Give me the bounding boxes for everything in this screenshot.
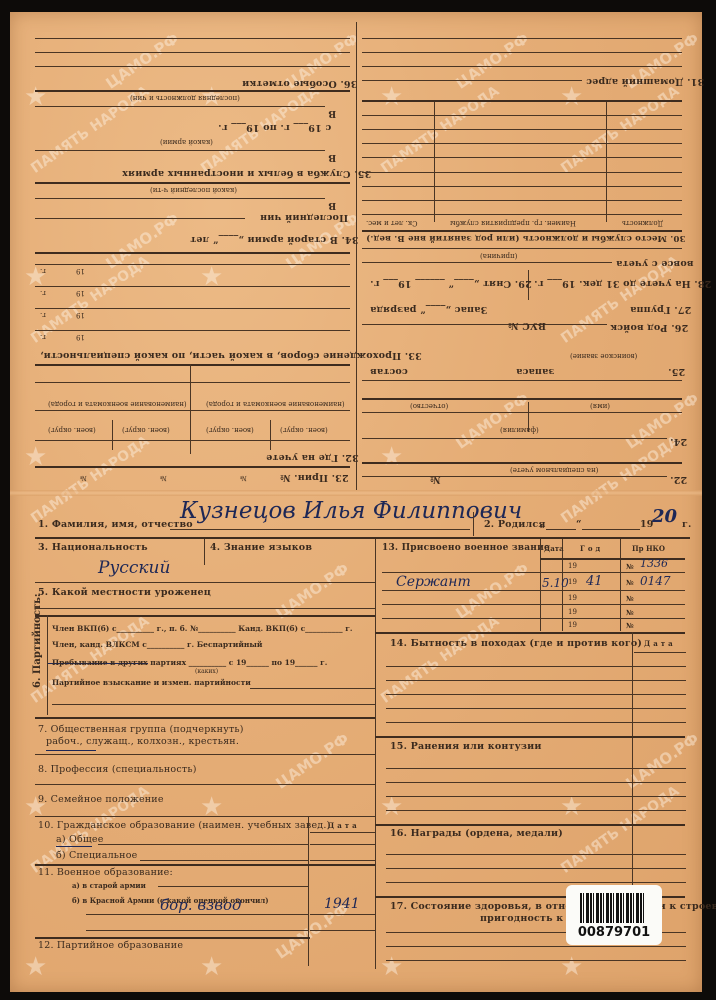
rule — [310, 914, 375, 915]
s12-label: 12. Партийное образование — [38, 940, 183, 951]
rule — [35, 537, 690, 539]
divider — [112, 420, 113, 450]
s6-line-3: Пребывание в других партиях __________ с… — [52, 658, 327, 667]
watermark-pamyat: ПАМЯТЬ НАРОДА — [378, 83, 502, 177]
s10-special: б) Специальное — [56, 850, 137, 861]
rule — [362, 380, 682, 381]
s36-label: 36. Особые отметки — [242, 78, 357, 89]
s2-suffix: г. — [682, 519, 692, 530]
rule — [35, 937, 310, 939]
s35-caption-army: (какой армии) — [160, 138, 213, 146]
s5-label: 5. Какой местности уроженец — [38, 587, 211, 598]
s3-label: 3. Национальность — [38, 542, 148, 553]
rule — [35, 182, 350, 184]
removed-caption: (причина) — [480, 252, 517, 260]
s23-number: № — [240, 474, 247, 482]
rule — [35, 38, 350, 39]
rule — [362, 129, 682, 130]
rule — [362, 214, 682, 215]
s13-order-prefix: № — [626, 562, 634, 571]
s9-label: 9. Семейное положение — [38, 794, 164, 805]
rule — [35, 615, 375, 617]
rule — [362, 248, 682, 249]
s31-label: 31. Домашний адрес — [586, 76, 704, 87]
rule — [386, 946, 686, 947]
rule — [386, 694, 686, 695]
s14-label: 14. Бытность в походах (где и против ког… — [390, 638, 642, 649]
rule — [386, 708, 686, 709]
rule — [386, 810, 686, 811]
rule — [362, 462, 682, 464]
rule — [386, 666, 686, 667]
rule — [35, 308, 350, 309]
s13-year-prefix: 19 — [568, 594, 577, 602]
rule — [35, 608, 375, 609]
rule — [52, 704, 375, 705]
rule — [382, 590, 685, 591]
s30-col-position: Должность — [622, 219, 663, 227]
s34-year-suffix: г. — [40, 311, 46, 319]
divider — [204, 539, 205, 565]
s6-line-1: Член ВКП(б) с__________ г., п. б. №_____… — [52, 624, 353, 633]
s7-label: 7. Общественная группа (подчеркнуть) — [38, 724, 244, 735]
rule — [382, 618, 685, 619]
rule — [362, 100, 682, 102]
s11-label: 11. Военное образование: — [38, 867, 173, 878]
rule — [35, 364, 350, 366]
s33-caption-b: (наименование военкомата и города) — [206, 400, 345, 408]
rule — [35, 252, 350, 254]
s28-label: 28. На учете до 31 дек. 19___ г. — [534, 278, 711, 289]
watermark-camo: ЦАМО.РФ — [273, 559, 353, 622]
s23-number: № — [160, 474, 167, 482]
rule — [634, 652, 686, 653]
rule — [362, 412, 682, 413]
rule — [386, 960, 686, 961]
rule — [170, 529, 470, 530]
handwritten-underline — [56, 846, 92, 847]
rule — [35, 440, 350, 441]
s13-label: 13. Присвоено военное звание — [382, 543, 550, 553]
rule — [250, 688, 375, 689]
s4-label: 4. Знание языков — [210, 542, 312, 553]
star-icon: ★ — [24, 82, 47, 112]
rule — [35, 66, 350, 67]
rule — [35, 466, 350, 468]
rule — [35, 410, 350, 411]
s34-year: 19 — [76, 311, 85, 319]
rule — [35, 717, 375, 719]
barcode-icon — [580, 893, 646, 923]
watermark-pamyat: ПАМЯТЬ НАРОДА — [28, 253, 152, 347]
s2-year-value: 20 — [652, 506, 677, 527]
s11-red-army-year: 1941 — [324, 896, 360, 912]
s6-line-2: Член, канд. ВЛКСМ с__________ г. Беспарт… — [52, 640, 262, 649]
divider — [434, 102, 435, 222]
rule — [35, 198, 325, 199]
s13-year-prefix: 19 — [568, 621, 577, 629]
rule — [35, 330, 350, 331]
s13-rank-value: Сержант — [396, 574, 471, 590]
s13-header-date: Дата — [544, 544, 564, 553]
rule — [386, 882, 686, 883]
s1-name-value: Кузнецов Илья Филиппович — [180, 498, 522, 524]
rule — [362, 52, 682, 53]
s13-order-value: 1336 — [640, 557, 668, 570]
rule — [386, 796, 686, 797]
rule — [386, 722, 686, 723]
rule — [35, 106, 325, 107]
s34-year-suffix: г. — [40, 333, 46, 341]
star-icon: ★ — [200, 262, 223, 292]
s6-caption: (каких) — [195, 668, 218, 675]
rule — [35, 264, 350, 265]
s35-b-letter: В — [328, 108, 336, 119]
s13-order-prefix: № — [626, 621, 634, 630]
star-icon: ★ — [380, 82, 403, 112]
s35-caption-last-position: (последняя должность и чин) — [130, 94, 240, 102]
s11-red-army-value: бор. взвод — [160, 896, 242, 914]
s33-okrug: (воен. округ) — [122, 426, 170, 434]
s10-general: а) Общее — [56, 834, 104, 845]
s27-reserve: Запас „____“ разряда — [370, 304, 487, 315]
watermark-camo: ЦАМО.РФ — [453, 559, 533, 622]
s35-b-letter: В — [328, 200, 336, 211]
rule — [362, 172, 682, 173]
s11-old-army: а) в старой армии — [72, 881, 146, 890]
s35-caption-last-unit: (какой последний ч-ти) — [150, 186, 237, 194]
s10-label: 10. Гражданское образование (наимен. уче… — [38, 820, 330, 831]
s25-label: 25. — [668, 366, 685, 377]
s30-label: 30. Место службы и должность (или род за… — [366, 233, 685, 243]
s22-caption: (на специальном учете) — [510, 466, 598, 474]
rule — [310, 860, 375, 861]
s2-label: 2. Родился — [484, 519, 546, 530]
divider — [47, 615, 48, 715]
rule — [140, 860, 308, 861]
rule — [35, 286, 350, 287]
s30-col-org: Наимен. гр. предприятия службы — [450, 219, 576, 227]
s13-date-value: 5.10 — [542, 576, 569, 590]
rule — [362, 324, 607, 325]
s29-label: 29. Снят „____“ ______ 19___ г. — [370, 278, 532, 289]
rule — [362, 200, 682, 201]
s23-number: № — [80, 474, 87, 482]
rule — [382, 572, 685, 573]
handwritten-underline — [46, 750, 96, 751]
s34-last-rank: Последний чин — [260, 212, 348, 223]
center-divider — [375, 539, 376, 969]
s25-staff: состав — [370, 366, 408, 377]
rule — [362, 438, 667, 439]
s25-reserve: запаса — [516, 366, 554, 377]
s33-okrug: (воен. округ) — [206, 426, 254, 434]
barcode-number: 00879701 — [566, 925, 662, 940]
s13-year-prefix: 19 — [568, 578, 577, 586]
s24-label: 24. — [670, 436, 687, 447]
s24-caption-patronymic: (отчество) — [410, 402, 448, 410]
s27-label: 27. Группа — [630, 304, 691, 315]
registration-card: ЦАМО.РФ ЦАМО.РФ ЦАМО.РФ ЦАМО.РФ ЦАМО.РФ … — [10, 12, 702, 992]
s13-header-order: Пр НКО — [632, 544, 665, 553]
rule — [158, 886, 308, 887]
rule — [35, 218, 245, 219]
rule — [362, 66, 682, 67]
rule — [382, 604, 685, 605]
s16-label: 16. Награды (ордена, медали) — [390, 828, 563, 839]
s34-year: 19 — [76, 333, 85, 341]
rule — [362, 230, 682, 232]
divider — [632, 632, 633, 900]
divider — [270, 420, 271, 450]
s24-caption-surname: (фамилия) — [500, 426, 539, 434]
star-icon: ★ — [380, 442, 403, 472]
rule — [310, 844, 375, 845]
rule — [98, 844, 308, 845]
rule — [386, 854, 686, 855]
divider — [606, 102, 607, 222]
s35-b-letter: В — [328, 152, 336, 163]
rule — [35, 784, 375, 785]
rule — [35, 90, 350, 92]
rule — [375, 632, 685, 634]
divider — [473, 512, 474, 536]
watermark-pamyat: ПАМЯТЬ НАРОДА — [558, 83, 682, 177]
rule — [310, 832, 375, 833]
s14-date-header: Дата — [644, 639, 676, 648]
rule — [35, 816, 375, 817]
s13-year-prefix: 19 — [568, 608, 577, 616]
s22-label: 22. — [670, 474, 687, 485]
s13-year-value: 41 — [586, 574, 603, 589]
s13-order-prefix: № — [626, 608, 634, 617]
s33-okrug: (воен. округ) — [280, 426, 328, 434]
rule — [310, 930, 375, 931]
rule — [362, 157, 682, 158]
rule — [386, 868, 686, 869]
rule — [362, 38, 682, 39]
s17-label: 17. Состояние здоровья, в отношении годн… — [390, 901, 716, 912]
rule — [362, 262, 612, 263]
s7-options: рабоч., служащ., колхозн., крестьян. — [46, 736, 239, 747]
s24-caption-name: (имя) — [590, 402, 610, 410]
rule — [362, 143, 682, 144]
s13-year-prefix: 19 — [568, 562, 577, 570]
rule — [546, 529, 576, 530]
s26-label: 26. Род войск — [610, 322, 688, 333]
rule — [35, 150, 325, 151]
rule — [86, 914, 308, 915]
rule — [362, 186, 682, 187]
star-icon: ★ — [24, 952, 47, 982]
divider — [308, 816, 309, 966]
watermark-pamyat: ПАМЯТЬ НАРОДА — [28, 433, 152, 527]
star-icon: ★ — [200, 952, 223, 982]
watermark-pamyat: ПАМЯТЬ НАРОДА — [558, 783, 682, 877]
rule — [35, 754, 375, 755]
rule — [375, 824, 685, 826]
s30-col-duration: Ск. лет и мес. — [366, 219, 418, 227]
s13-order-prefix: № — [626, 578, 634, 587]
s32-label: 32. Где на учете — [266, 452, 359, 463]
rule — [35, 382, 350, 383]
star-icon: ★ — [200, 792, 223, 822]
watermark-pamyat: ПАМЯТЬ НАРОДА — [378, 613, 502, 707]
rule — [86, 930, 308, 931]
s10-date-header: Дата — [328, 821, 360, 830]
rule — [386, 768, 686, 769]
fold-line — [10, 490, 702, 496]
rule — [35, 864, 375, 866]
rule — [582, 529, 640, 530]
s3-nationality-value: Русский — [98, 558, 170, 578]
star-icon: ★ — [560, 82, 583, 112]
s33-label: 33. Прохождение сборов, в какой части, п… — [40, 350, 422, 361]
s34-year: 19 — [76, 289, 85, 297]
watermark-camo: ЦАМО.РФ — [623, 729, 703, 792]
rule — [35, 582, 375, 583]
barcode-sticker: 00879701 — [566, 885, 662, 945]
s25-caption: (воинское звание) — [570, 352, 637, 360]
rule — [375, 736, 685, 738]
rule — [386, 680, 686, 681]
s22-no: № — [430, 474, 441, 485]
s8-label: 8. Профессия (специальность) — [38, 764, 197, 775]
s6-line-4: Партийное взыскание и измен. партийности — [52, 678, 251, 687]
s26-vus: ВУС № — [508, 320, 546, 331]
star-icon: ★ — [560, 952, 583, 982]
s6-label: 6. Партийность: — [32, 593, 43, 688]
s13-header-year: Год — [580, 544, 603, 553]
s34-label: 34. В старой армии „____“ лет — [190, 234, 358, 245]
s35-period: с 19___ г. по 19___ г. — [218, 122, 331, 133]
rule — [362, 115, 682, 116]
s34-year-suffix: г. — [40, 267, 46, 275]
s34-year-suffix: г. — [40, 289, 46, 297]
s23-label: 23. Прин. № — [280, 472, 349, 483]
rule — [362, 398, 682, 400]
center-divider — [356, 22, 357, 490]
star-icon: ★ — [380, 952, 403, 982]
rule — [362, 80, 582, 81]
rule — [386, 782, 686, 783]
rule — [362, 476, 667, 477]
rule — [35, 52, 350, 53]
s2-month: “ — [576, 519, 582, 530]
s13-order-value: 0147 — [640, 574, 671, 588]
s34-year: 19 — [76, 267, 85, 275]
s33-okrug: (воен. округ) — [48, 426, 96, 434]
s13-order-prefix: № — [626, 594, 634, 603]
s35-label: 35. Служба в белых и иностранных армиях — [122, 168, 371, 179]
removed-label: вовсе с учета — [616, 258, 694, 269]
s2-day: „ — [540, 519, 546, 530]
s15-label: 15. Ранения или контузии — [390, 741, 542, 752]
s33-caption-a: (наименование военкомата и города) — [48, 400, 187, 408]
